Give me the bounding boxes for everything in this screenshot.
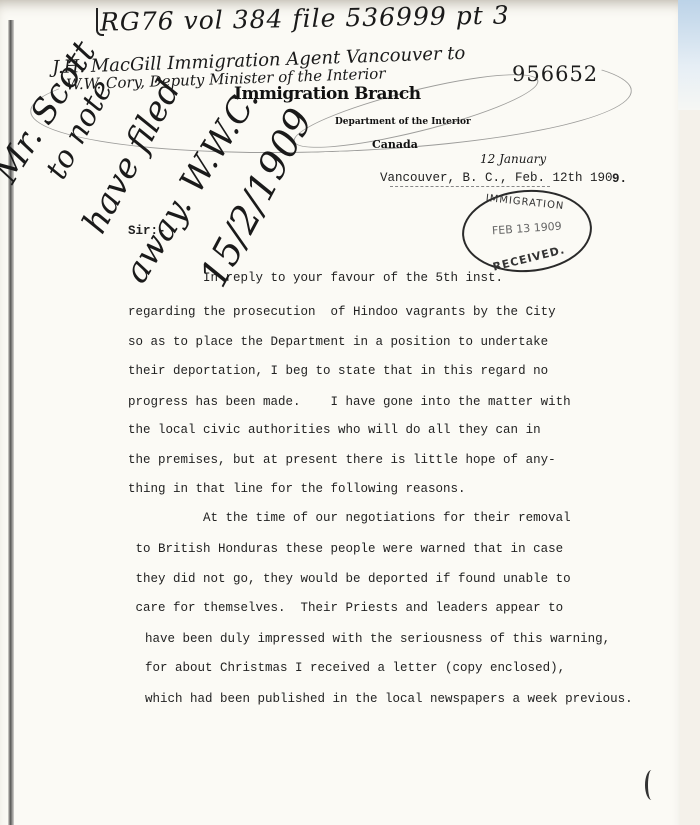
letter-line: In reply to your favour of the 5th inst. xyxy=(128,271,503,285)
letter-line: the local civic authorities who will do … xyxy=(128,423,541,437)
letter-line: they did not go, they would be deported … xyxy=(128,572,571,586)
letter-line: so as to place the Department in a posit… xyxy=(128,335,548,349)
letter-line: which had been published in the local ne… xyxy=(145,692,633,706)
letter-line: have been duly impressed with the seriou… xyxy=(145,632,610,646)
date-handwritten-correction: 12 January xyxy=(480,152,546,166)
letter-line: care for themselves. Their Priests and l… xyxy=(128,601,563,615)
stamp-date: FEB 13 1909 xyxy=(464,218,591,240)
pen-mark xyxy=(645,770,658,800)
letter-line: thing in that line for the following rea… xyxy=(128,482,466,496)
scanner-background xyxy=(678,0,700,110)
letter-line: progress has been made. I have gone into… xyxy=(128,395,571,409)
letterhead-department: Department of the Interior xyxy=(335,117,471,127)
letter-line: the premises, but at present there is li… xyxy=(128,453,556,467)
dateline-year-digit: 9. xyxy=(612,172,627,186)
dateline-underline xyxy=(390,186,550,187)
letterhead-country: Canada xyxy=(372,138,418,151)
letter-line: regarding the prosecution of Hindoo vagr… xyxy=(128,305,556,319)
letter-line: their deportation, I beg to state that i… xyxy=(128,364,548,378)
letter-line: At the time of our negotiations for thei… xyxy=(128,511,571,525)
letter-line: for about Christmas I received a letter … xyxy=(145,661,565,675)
letter-line: to British Honduras these people were wa… xyxy=(128,542,563,556)
dateline: Vancouver, B. C., Feb. 12th 190 xyxy=(380,171,613,185)
